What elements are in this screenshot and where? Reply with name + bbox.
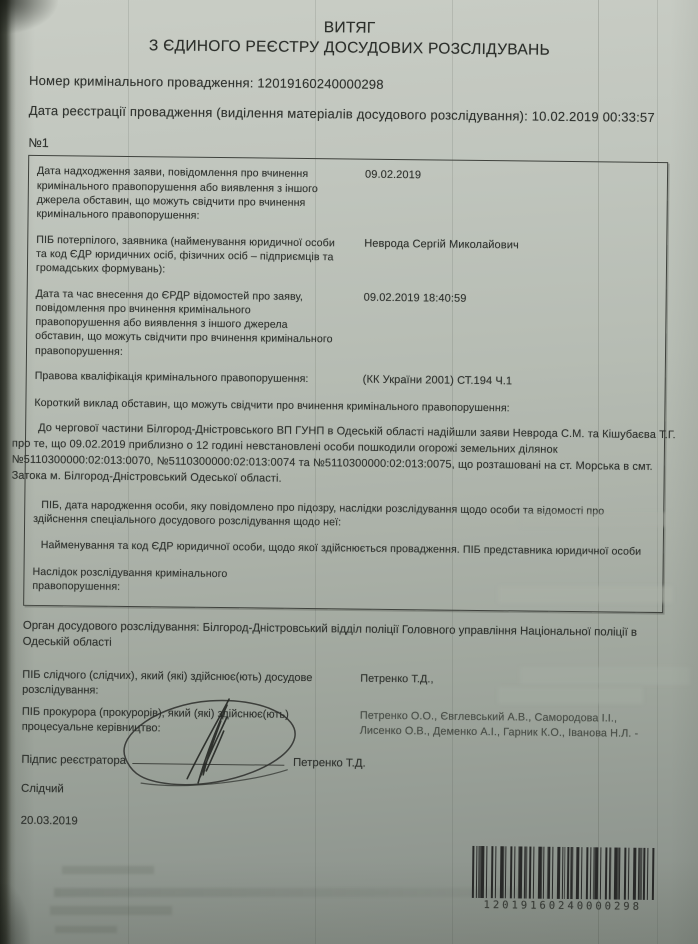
- row-label: Правова кваліфікація кримінального право…: [35, 369, 363, 388]
- table-row-intake-date: Дата надходження заяви, повідомлення про…: [36, 164, 659, 228]
- barcode: [472, 846, 655, 900]
- section-number: №1: [28, 136, 668, 157]
- registration-date-label: Дата реєстрації провадження (виділення м…: [29, 103, 528, 124]
- table-row-erdr-entry: Дата та час внесення до ЄРДР відомостей …: [35, 286, 658, 365]
- barcode-number: 12019160240000298: [472, 899, 654, 913]
- authority-line: Орган досудового розслідування: Білгород…: [23, 619, 663, 658]
- document-photo: ВИТЯГ З ЄДИНОГО РЕЄСТРУ ДОСУДОВИХ РОЗСЛІ…: [0, 0, 698, 944]
- summary-text: До чергової частини Білгород-Дністровськ…: [12, 421, 683, 492]
- prosecutor-value: Петренко О.О., Євглевський А.В., Самород…: [360, 709, 662, 742]
- result-label: Наслідок розслідування кримінального пра…: [32, 565, 284, 596]
- registrar-signature-row: Підпис реєстратораПетренко Т.Д.: [21, 751, 661, 780]
- row-value: 09.02.2019 18:40:59: [363, 290, 658, 365]
- document-date: 20.03.2019: [21, 815, 661, 834]
- photo-left-edge: [0, 0, 16, 944]
- barcode-block: 12019160240000298: [472, 846, 655, 913]
- suspect-label: ПІБ, дата народження особи, яку повідомл…: [33, 498, 655, 534]
- details-table: Дата надходження заяви, повідомлення про…: [23, 155, 668, 613]
- document-title: ВИТЯГ З ЄДИНОГО РЕЄСТРУ ДОСУДОВИХ РОЗСЛІ…: [107, 16, 591, 62]
- case-number-value: 12019160240000298: [257, 76, 383, 92]
- authority-label: Орган досудового розслідування:: [23, 620, 200, 634]
- photo-corner-shadow: [0, 884, 30, 944]
- row-value: 09.02.2019: [364, 168, 659, 229]
- row-value: (КК України 2001) СТ.194 Ч.1: [363, 373, 657, 391]
- legal-entity-label: Найменування та код ЄДР юридичної особи,…: [33, 537, 655, 558]
- bleed-through-mark: [50, 906, 172, 915]
- row-label: Дата надходження заяви, повідомлення про…: [36, 164, 365, 225]
- table-row-victim-name: ПІБ потерпілого, заявника (найменування …: [36, 233, 658, 283]
- title-line-2: З ЄДИНОГО РЕЄСТРУ ДОСУДОВИХ РОЗСЛІДУВАНЬ: [107, 36, 591, 62]
- table-row-legal-qualification: Правова кваліфікація кримінального право…: [35, 369, 657, 391]
- registration-date-line: Дата реєстрації провадження (виділення м…: [29, 102, 669, 127]
- registration-date-value: 10.02.2019 00:33:57: [532, 109, 655, 125]
- paper-document: ВИТЯГ З ЄДИНОГО РЕЄСТРУ ДОСУДОВИХ РОЗСЛІ…: [20, 0, 670, 913]
- row-label: ПІБ потерпілого, заявника (найменування …: [36, 233, 364, 280]
- summary-label: Короткий виклад обставин, що можуть свід…: [34, 396, 656, 417]
- case-number-label: Номер кримінального провадження:: [29, 73, 254, 91]
- row-value: Неврода Сергій Миколайович: [364, 236, 658, 282]
- investigator-value: Петренко Т.Д.,: [360, 672, 662, 705]
- handwritten-signature: [107, 689, 313, 796]
- case-number-line: Номер кримінального провадження: 1201916…: [29, 73, 669, 95]
- bleed-through-mark: [55, 926, 117, 933]
- row-label: Дата та час внесення до ЄРДР відомостей …: [35, 286, 364, 361]
- photo-corner-shadow: [0, 0, 58, 34]
